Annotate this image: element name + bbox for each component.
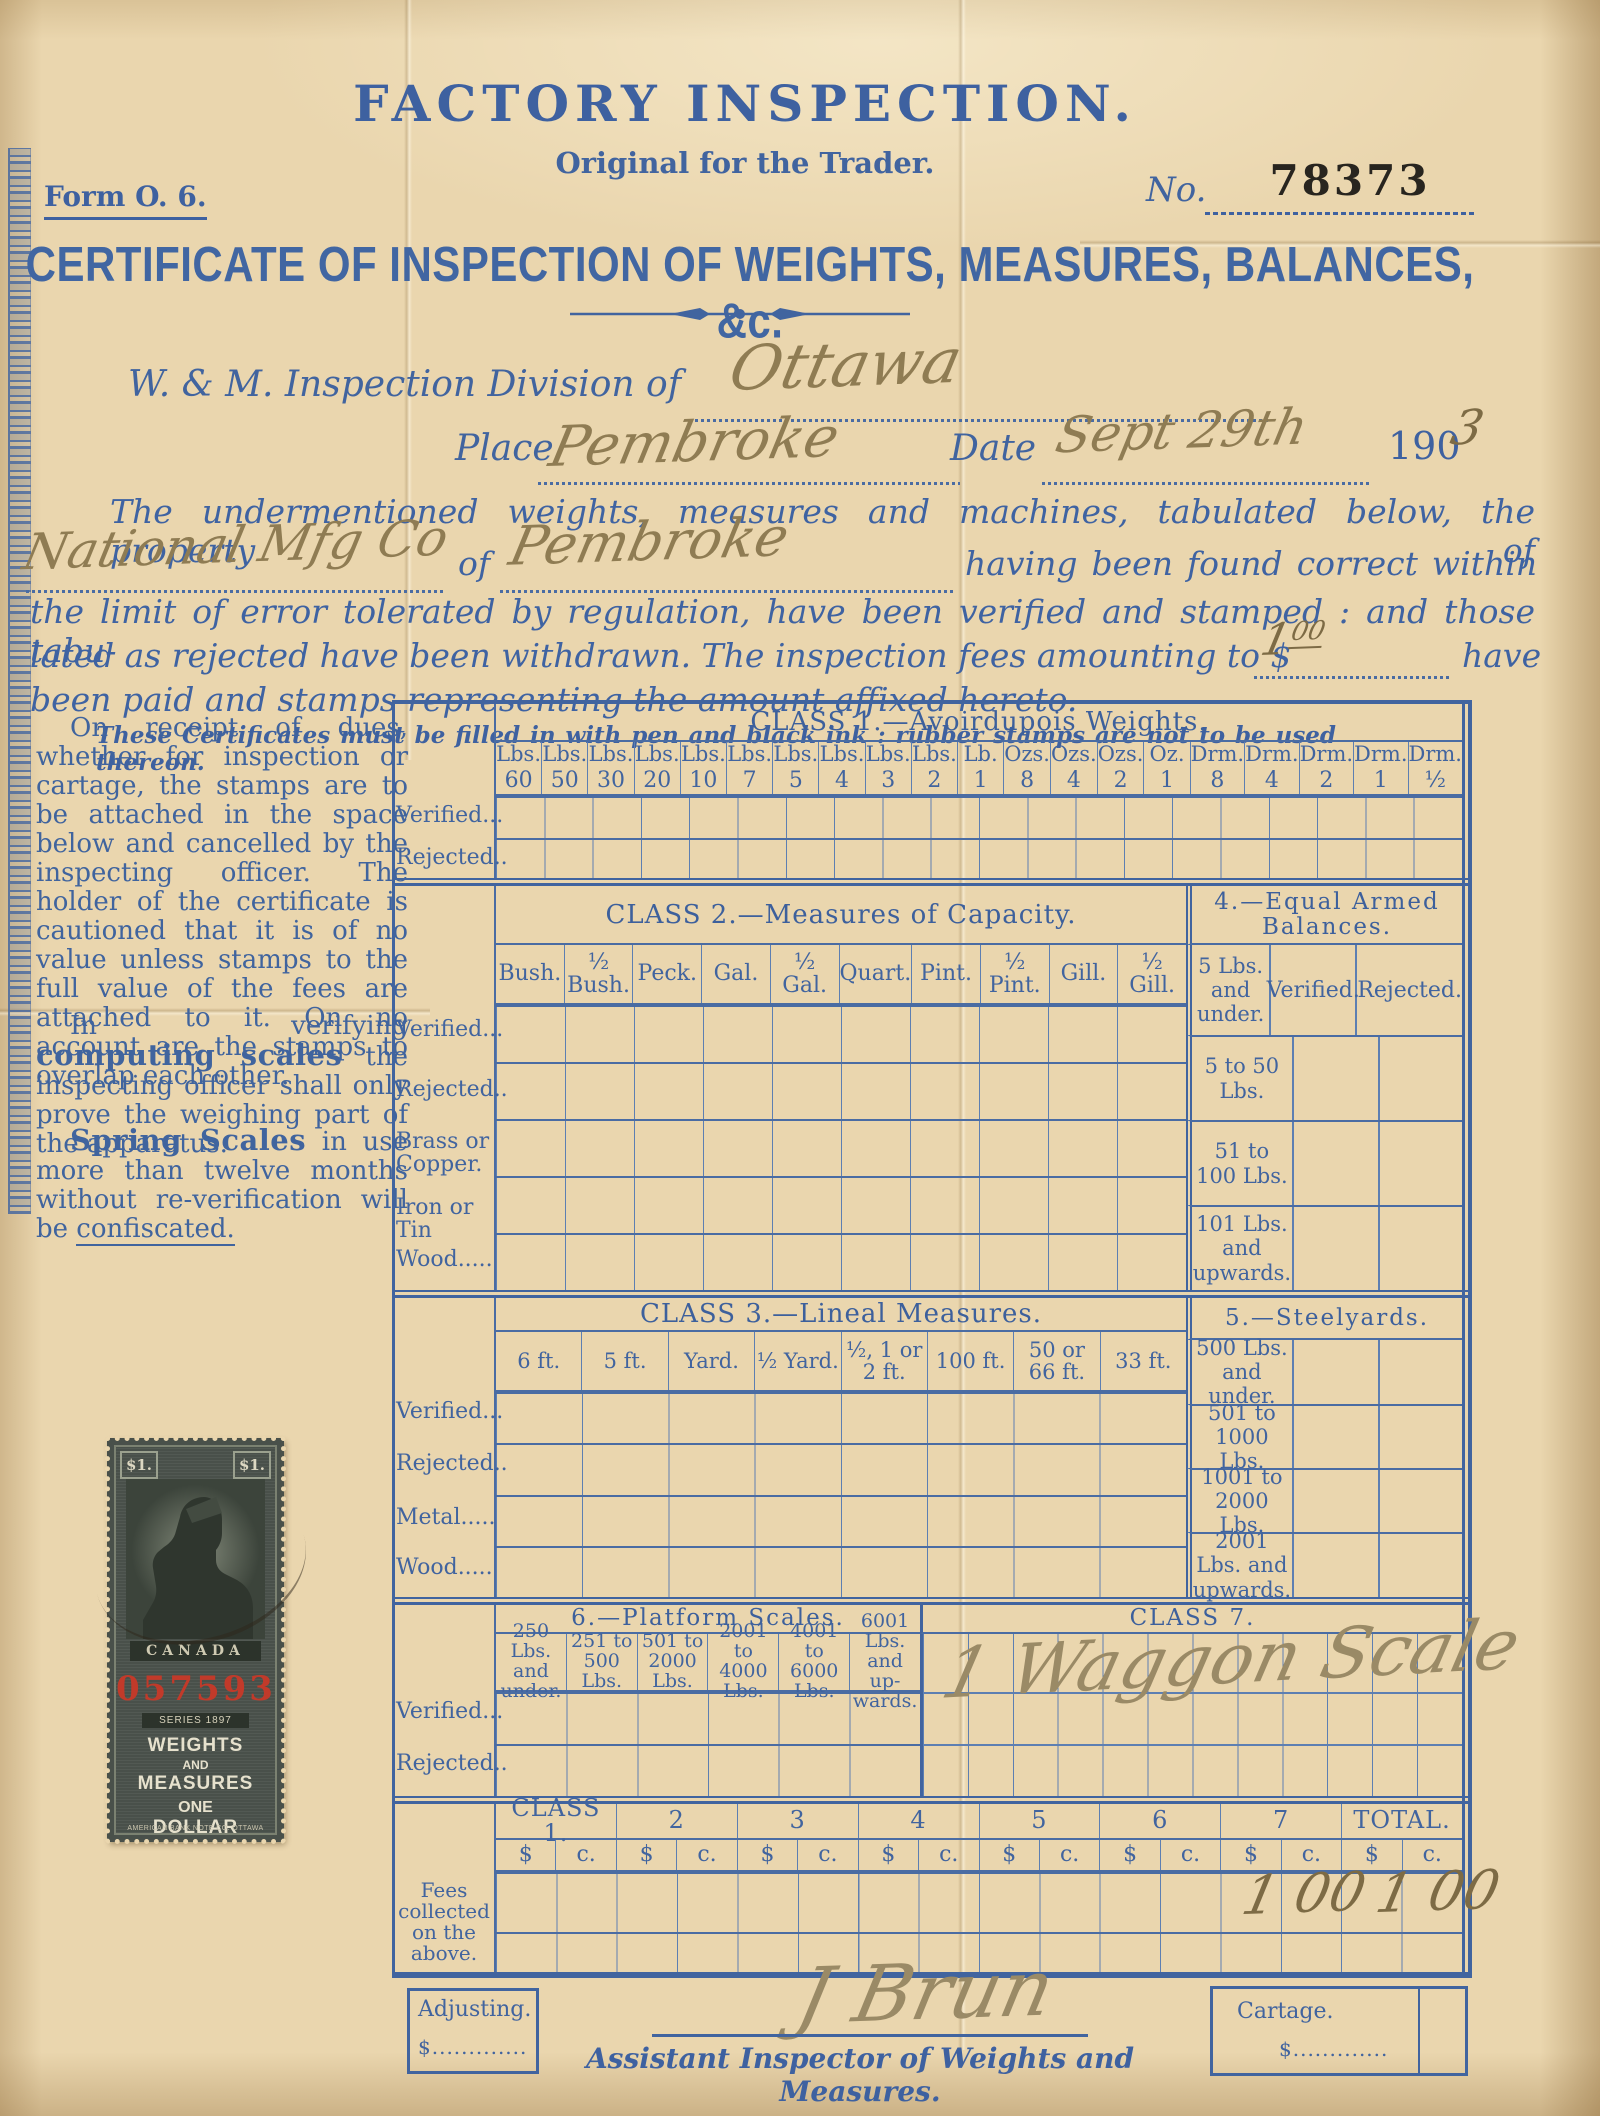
class3-column-header: Yard. [669,1332,755,1390]
sidebar-p2-bold: computing scales [36,1038,342,1072]
section5-cell [1380,1340,1462,1404]
cartage-amount-blank: $............. [1279,2037,1388,2061]
class1-column-header: Drm. 2 [1300,742,1354,794]
class1-value: 20 [643,769,671,792]
class1-value: ½ [1425,769,1446,792]
fees-subheader: $ [496,1840,556,1870]
class1-value: 8 [1210,769,1224,792]
section4-cell [1380,1037,1462,1120]
class1-value: 2 [1319,769,1333,792]
class1-value: 50 [551,769,579,792]
section5-row: 500 Lbs. and under. [1186,1340,1462,1404]
class2-column-header: Gal. [702,945,771,1003]
fees-subheader: c. [556,1840,616,1870]
class1-column-header: Lbs. 3 [866,742,912,794]
fees-class-header: CLASS 1. [496,1804,617,1838]
class3-column-header: 6 ft. [496,1332,582,1390]
class3-column-header: 100 ft. [928,1332,1014,1390]
class2-brass-copper-row [494,1119,1186,1176]
section4-row-label: 51 to 100 Lbs. [1192,1122,1294,1205]
class1-value: 60 [505,769,533,792]
class3-column-header: 50 or 66 ft. [1014,1332,1100,1390]
certificate-page: FACTORY INSPECTION. Original for the Tra… [0,0,1600,2116]
class1-value: 4 [835,769,849,792]
section5-cell [1380,1406,1462,1468]
signature-title: Assistant Inspector of Weights and Measu… [520,2042,1200,2108]
fees-total-handwritten: 1 00 [1371,1858,1506,1925]
title-divider [570,306,910,326]
class2-column-header: Gill. [1050,945,1119,1003]
sidebar-p3-bold: Spring Scales [70,1123,306,1157]
division-label: W. & M. Inspection Division of [128,364,681,405]
class1-unit: Drm. [1245,743,1298,765]
body-line-2: having been found correct within [965,544,1537,583]
class1-unit: Lbs. [589,743,634,765]
fees-class-header: 5 [980,1804,1101,1838]
fees-class7-handwritten: 1 00 [1237,1860,1372,1927]
row-label: Wood..... [396,1248,492,1271]
section6-column-header: 501 to 2000 Lbs. [638,1634,709,1690]
class3-column-header: 5 ft. [582,1332,668,1390]
class1-unit: Drm. [1409,743,1462,765]
section6-column-header: 251 to 500 Lbs. [567,1634,638,1690]
class1-column-header: Lbs. 30 [588,742,634,794]
stamp-denomination-right: $1. [233,1451,271,1479]
section5-row-label: 2001 Lbs. and upwards. [1192,1534,1294,1597]
class2-column-header: Peck. [633,945,702,1003]
section5-cell [1294,1406,1380,1468]
fees-subheader: c. [677,1840,737,1870]
class1-unit: Lb. [964,743,998,765]
class1-unit: Lbs. [635,743,680,765]
fees-class-header-row: CLASS 1.234567TOTAL. [494,1804,1462,1840]
section5-cell [1380,1470,1462,1532]
row-label: Rejected.. [396,846,492,869]
page-subtitle: Original for the Trader. [420,146,1070,180]
class1-value: 5 [789,769,803,792]
class1-column-header: Drm. 4 [1245,742,1299,794]
class1-column-header: Ozs. 8 [1004,742,1051,794]
row-label: Rejected.. [396,1078,492,1101]
stamp-wm-line3: MEASURES [116,1773,275,1795]
row-label: Verified... [396,1400,492,1423]
class3-column-header: ½, 1 or 2 ft. [842,1332,928,1390]
class2-column-header: ½ Gal. [771,945,840,1003]
section4-row: 101 Lbs. and upwards. [1186,1205,1462,1290]
section4-row-label: 5 to 50 Lbs. [1192,1037,1294,1120]
section5-row-label: 500 Lbs. and under. [1192,1340,1294,1404]
class1-unit: Lbs. [542,743,587,765]
class2-column-header: Pint. [912,945,981,1003]
class3-column-header: 33 ft. [1101,1332,1186,1390]
class2-verified-row [494,1005,1186,1062]
fees-class-header: 4 [859,1804,980,1838]
class2-column-header: ½ Pint. [981,945,1050,1003]
section5-cell [1294,1470,1380,1532]
class1-value: 4 [1265,769,1279,792]
class1-column-header: Lbs. 5 [773,742,819,794]
row-label: Rejected.. [396,1752,492,1775]
fees-subheader: c. [1161,1840,1221,1870]
class1-verified-row [494,796,1462,838]
class3-rejected-row [494,1443,1186,1495]
class2-column-header: Quart. [840,945,913,1003]
class1-unit: Lbs. [866,743,911,765]
section-divider [392,878,1472,886]
class1-column-header: Lbs. 20 [635,742,681,794]
fees-subheader: $ [980,1840,1040,1870]
section5-row: 2001 Lbs. and upwards. [1186,1532,1462,1597]
class1-column-header: Lbs. 7 [727,742,773,794]
class1-column-header: Ozs. 4 [1051,742,1098,794]
section4-row: 51 to 100 Lbs. [1186,1120,1462,1205]
inspection-table: CLASS 1.—Avoirdupois Weights. Lbs. 60 Lb… [392,700,1472,1978]
fees-class-header: 6 [1100,1804,1221,1838]
section4-row: 5 to 50 Lbs. [1186,1035,1462,1120]
row-label: Verified... [396,1018,492,1041]
class2-column-header: Bush. [496,945,565,1003]
divider-ornament-icon [570,306,910,322]
stamp-value-line1: ONE [116,1799,275,1817]
date-blank-line [1042,482,1372,485]
fees-class-header: TOTAL. [1342,1804,1462,1838]
section4-title: 4.—Equal Armed Balances. [1186,886,1462,945]
class1-unit: Lbs. [820,743,865,765]
class1-value: 10 [689,769,717,792]
class1-column-header: Drm. 8 [1191,742,1245,794]
certificate-number-label: No. [1146,170,1206,210]
revenue-stamp: $1. $1. CANADA 057593 SERIES 1897 WEIGHT… [107,1438,284,1842]
body-line-4-end: have [1462,636,1541,675]
adjusting-label: Adjusting. [418,1997,531,2022]
section4-cell [1294,1122,1380,1205]
section5-cell [1380,1534,1462,1597]
form-number: Form O. 6. [44,180,207,220]
class1-unit: Ozs. [1004,743,1050,765]
class1-value: 1 [974,769,988,792]
fees-subheader: $ [859,1840,919,1870]
class3-metal-row [494,1495,1186,1546]
class1-column-header: Oz. 1 [1144,742,1190,794]
cartage-box: Cartage. $............. [1210,1986,1468,2076]
class1-column-header: Lbs. 2 [912,742,958,794]
class1-column-header: Lbs. 4 [819,742,865,794]
class1-value: 3 [881,769,895,792]
class1-unit: Ozs. [1098,743,1144,765]
section6-column-header: 250 Lbs. and under. [496,1634,567,1690]
section4-row-label: 101 Lbs. and upwards. [1192,1207,1294,1290]
date-handwritten-value: Sept 29th [1051,398,1313,465]
certificate-number-underline [1205,212,1475,215]
class1-value: 2 [927,769,941,792]
class2-title: CLASS 2.—Measures of Capacity. [494,886,1186,945]
class2-header-row: Bush.½ Bush.Peck.Gal.½ Gal.Quart.Pint.½ … [494,945,1186,1005]
class2-wood-row [494,1233,1186,1290]
section-divider [392,1290,1472,1298]
sidebar-p3-underlined: confiscated. [76,1214,234,1246]
fees-subheader: $ [617,1840,677,1870]
adjusting-amount-blank: $............. [418,2035,527,2059]
stamp-printer-imprint: AMERICAN BANK NOTE CO. OTTAWA [116,1825,275,1832]
section4-verified-header: Verified. [1271,945,1357,1035]
page-title: FACTORY INSPECTION. [330,74,1160,133]
class1-value: 2 [1114,769,1128,792]
row-label: Metal..... [396,1506,492,1529]
fees-row-label: Fees collected on the above. [396,1880,492,1964]
stamp-serial-number: 057593 [116,1669,275,1709]
stamp-series-label: SERIES 1897 [142,1713,249,1728]
row-label: Rejected.. [396,1452,492,1475]
section5-row-label: 1001 to 2000 Lbs. [1192,1470,1294,1532]
fees-class-header: 3 [738,1804,859,1838]
section4-cell [1294,1037,1380,1120]
certificate-number-value: 78373 [1225,156,1475,205]
section4-cell [1294,1207,1380,1290]
class3-verified-row [494,1392,1186,1443]
section5-title: 5.—Steelyards. [1186,1298,1462,1340]
class3-header-row: 6 ft.5 ft.Yard.½ Yard.½, 1 or 2 ft.100 f… [494,1332,1186,1392]
class1-unit: Drm. [1354,743,1407,765]
class1-unit: Lbs. [773,743,818,765]
class1-value: 4 [1067,769,1081,792]
class3-column-header: ½ Yard. [755,1332,841,1390]
year-handwritten-digit: 3 [1446,399,1489,456]
section4-cell [1380,1122,1462,1205]
class1-unit: Drm. [1191,743,1244,765]
class1-column-header: Drm. 1 [1354,742,1408,794]
date-label: Date [950,428,1036,469]
class7-row-line [923,1744,1462,1746]
section5-row: 501 to 1000 Lbs. [1186,1404,1462,1468]
class1-unit: Lbs. [727,743,772,765]
place-blank-line [538,482,960,485]
row-label: Verified... [396,804,492,827]
class1-value: 1 [1374,769,1388,792]
fees-class-header: 2 [617,1804,738,1838]
class3-title: CLASS 3.—Lineal Measures. [494,1298,1186,1332]
section-divider [392,1597,1472,1605]
fee-handwritten-value: 100 [1256,613,1329,666]
stamp-denomination-left: $1. [120,1451,158,1479]
division-handwritten-value: Ottawa [723,324,968,405]
stamp-value-text: ONE DOLLAR [116,1799,275,1839]
fees-subheader: c. [1040,1840,1100,1870]
body-line-4: lated as rejected have been withdrawn. T… [30,636,1292,675]
class1-unit: Lbs. [681,743,726,765]
section5-cell [1294,1534,1380,1597]
table-left-border [392,700,395,1978]
stamp-wm-line1: WEIGHTS [116,1735,275,1757]
class1-unit: Oz. [1150,743,1185,765]
class2-column-header: ½ Gill. [1118,945,1186,1003]
section4-range-header: 5 Lbs. and under. [1192,945,1271,1035]
section6-column-header: 2001 to 4000 Lbs. [708,1634,779,1690]
of-label: of [458,544,490,583]
sidebar-p2-lead: In verifying [70,1011,408,1041]
cartage-label: Cartage. [1237,1999,1334,2024]
owner-place-handwritten-value: Pembroke [504,505,794,578]
class1-unit: Lbs. [912,743,957,765]
class1-rejected-row [494,838,1462,878]
section6-verified-row [494,1692,920,1744]
section5-row-label: 501 to 1000 Lbs. [1192,1406,1294,1468]
fees-subheader: c. [798,1840,858,1870]
section4-cell [1380,1207,1462,1290]
class2-iron-tin-row [494,1176,1186,1233]
class1-unit: Drm. [1300,743,1353,765]
table-right-border [1462,700,1472,1978]
owner-handwritten-value: National Mfg Co [18,509,453,582]
section5-cell [1294,1340,1380,1404]
section6-header-row: 250 Lbs. and under.251 to 500 Lbs.501 to… [494,1634,920,1692]
class2-rejected-row [494,1062,1186,1119]
section6-column-header: 4001 to 6000 Lbs. [779,1634,850,1690]
section4-rejected-header: Rejected. [1357,945,1462,1035]
stamp-weights-measures-text: WEIGHTS AND MEASURES [116,1735,275,1795]
class1-value: 7 [743,769,757,792]
stamp-wm-line2: AND [116,1758,275,1772]
row-label: Verified... [396,1700,492,1723]
class1-column-header: Ozs. 2 [1098,742,1145,794]
class1-unit: Ozs. [1051,743,1097,765]
fees-subheader: $ [1100,1840,1160,1870]
fees-subheader: c. [919,1840,979,1870]
section4-header-row: 5 Lbs. and under. Verified. Rejected. [1186,945,1462,1035]
class1-title: CLASS 1.—Avoirdupois Weights. [494,704,1462,742]
class1-value: 8 [1020,769,1034,792]
class1-column-header: Lb. 1 [958,742,1004,794]
class1-value: 1 [1160,769,1174,792]
class1-column-header: Lbs. 10 [681,742,727,794]
class1-column-header: Lbs. 60 [496,742,542,794]
class1-value: 30 [597,769,625,792]
class3-wood-row [494,1546,1186,1597]
class1-header-row: Lbs. 60 Lbs. 50 Lbs. 30 Lbs. 20 Lbs. 10 … [494,742,1462,796]
row-label: Iron or Tin [396,1196,492,1242]
class2-column-header: ½ Bush. [565,945,634,1003]
row-label: Wood..... [396,1556,492,1579]
fee-blank-line [1254,676,1450,679]
class1-column-header: Drm. ½ [1409,742,1462,794]
row-label: Brass or Copper. [396,1130,492,1176]
place-handwritten-value: Pembroke [544,405,845,480]
section6-column-header: 6001 Lbs. and up-wards. [850,1634,920,1690]
fees-subheader: $ [738,1840,798,1870]
place-label: Place [455,428,554,469]
section6-rejected-row [494,1744,920,1796]
class1-column-header: Lbs. 50 [542,742,588,794]
section5-row: 1001 to 2000 Lbs. [1186,1468,1462,1532]
inspector-signature: J Brun [789,1944,1061,2043]
sidebar-paragraph-3: Spring Scales in use more than twelve mo… [36,1126,408,1244]
class1-unit: Lbs. [496,743,541,765]
fees-class-header: 7 [1221,1804,1342,1838]
signature-line [652,2034,1088,2037]
